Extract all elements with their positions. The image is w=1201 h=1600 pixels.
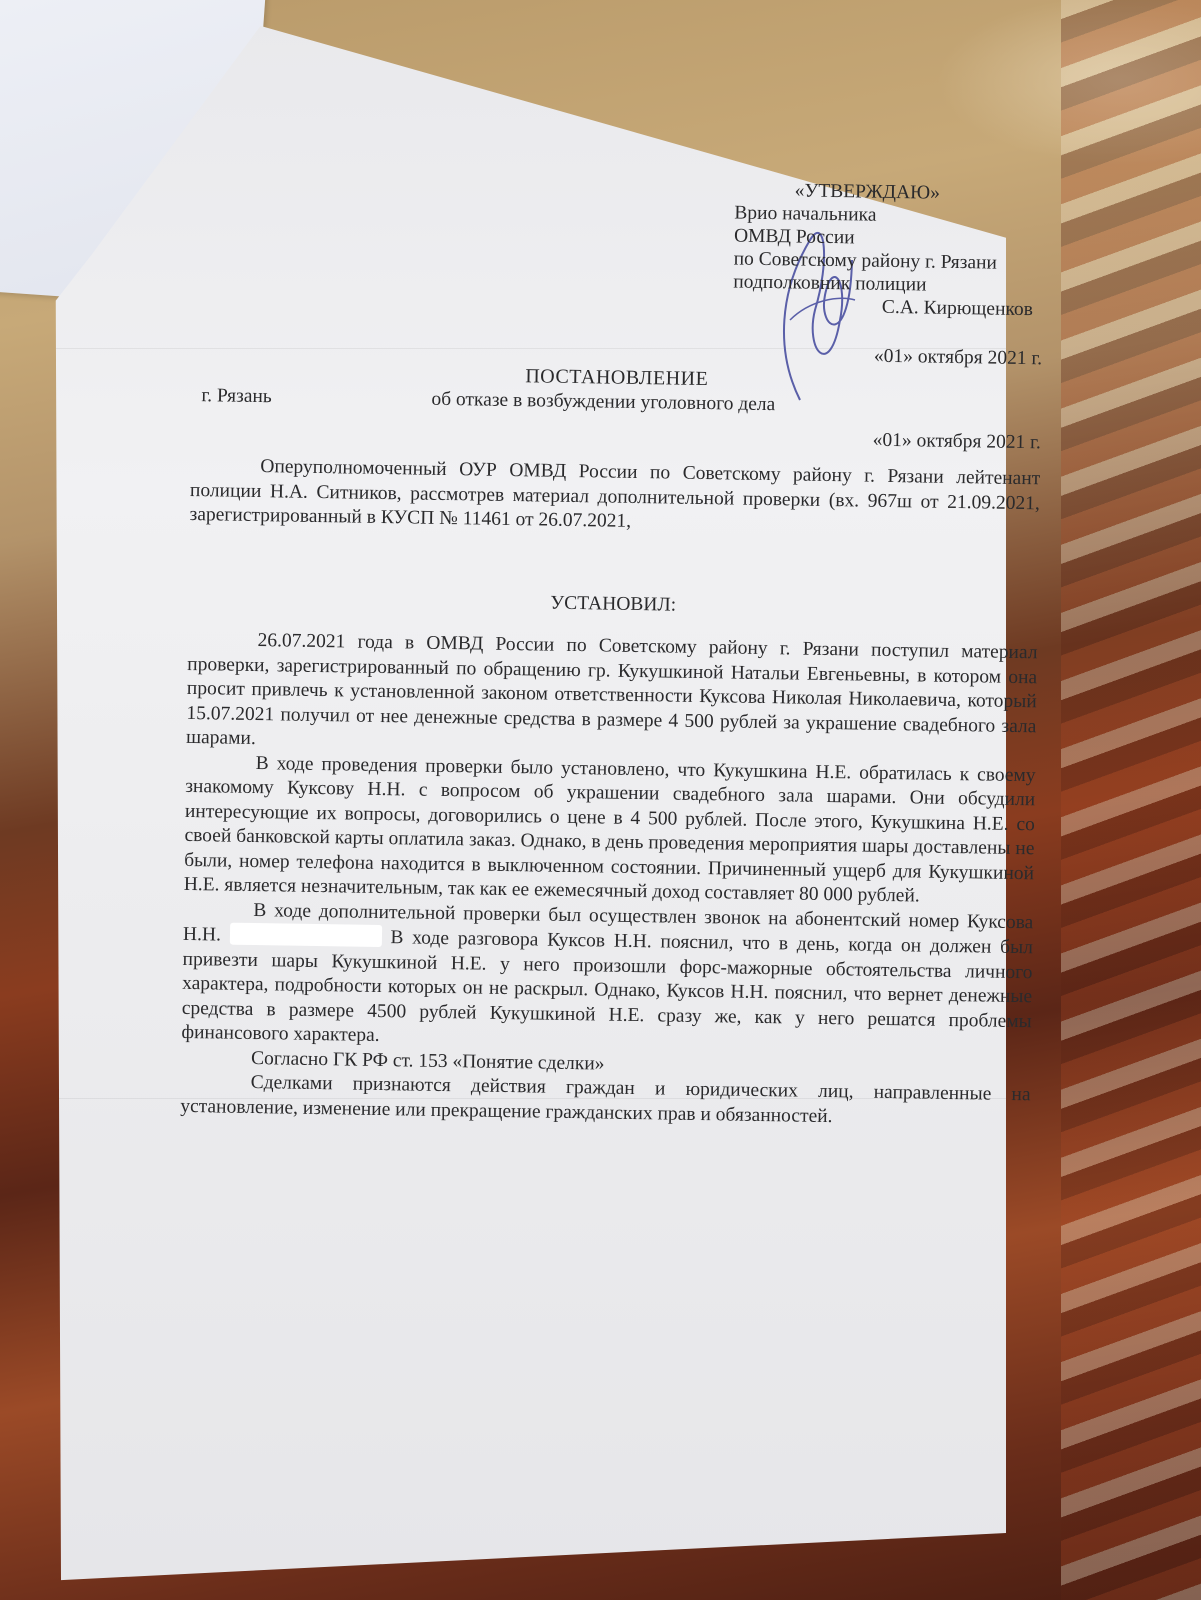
paragraph: 26.07.2021 года в ОМВД России по Советск… (186, 628, 1038, 764)
approval-block: «УТВЕРЖДАЮ» Врио начальника ОМВД России … (732, 178, 1045, 370)
redacted-phone-number (230, 923, 382, 947)
approval-name: С.А. Кирющенков (733, 293, 1043, 321)
document-body: «УТВЕРЖДАЮ» Врио начальника ОМВД России … (180, 170, 1045, 1132)
call-paragraph: В ходе дополнительной проверки был осуще… (181, 897, 1033, 1058)
background-rug (1061, 0, 1201, 1600)
intro-paragraph: Оперуполномоченный ОУР ОМВД России по Со… (189, 454, 1040, 541)
approval-line: подполковник полиции (733, 270, 1043, 298)
section-heading: УСТАНОВИЛ: (188, 585, 1038, 623)
approval-date: «01» октября 2021 г. (732, 342, 1042, 370)
city: г. Рязань (201, 384, 272, 410)
document-date: «01» октября 2021 г. (191, 417, 1041, 455)
paragraph: В ходе проведения проверки было установл… (184, 750, 1036, 910)
document-subtitle: об отказе в возбуждении уголовного дела (431, 387, 775, 417)
